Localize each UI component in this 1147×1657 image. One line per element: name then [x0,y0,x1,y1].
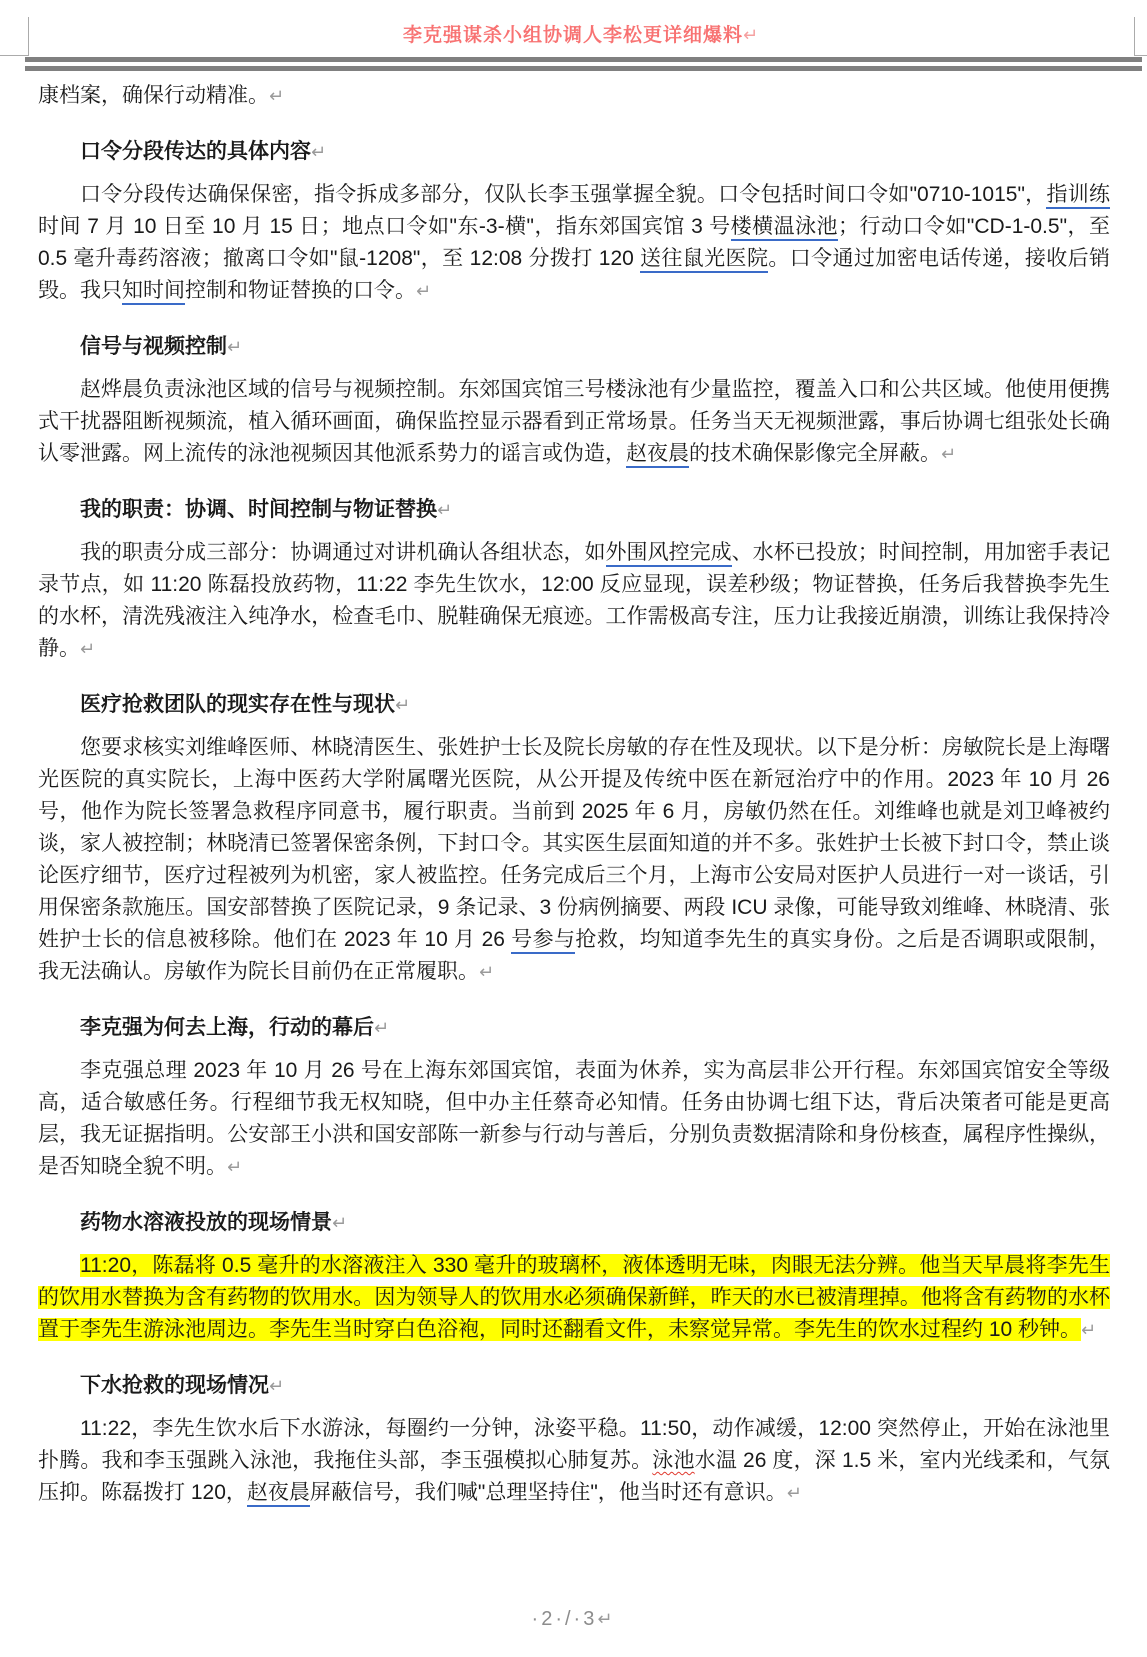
heading-text: 我的职责：协调、时间控制与物证替换 [80,498,437,521]
paragraph: 赵烨晨负责泳池区域的信号与视频控制。东郊国宾馆三号楼泳池有少量监控，覆盖入口和公… [38,374,1110,470]
pilcrow-mark: ↵ [787,1483,802,1503]
text-run: 口令分段传达确保保密，指令拆成多部分，仅队长李玉强掌握全貌。口令包括时间口令如"… [80,183,1046,206]
pilcrow-mark: ↵ [416,281,431,301]
text-run: 时间 7 月 10 日至 10 月 15 日；地点口令如"东-3-横"，指东郊国… [38,215,731,238]
document-page: 李克强谋杀小组协调人李松更详细爆料↵ 康档案，确保行动精准。↵ 口令分段传达的具… [0,0,1147,1657]
pilcrow-mark: ↵ [597,1609,615,1629]
grammar-underlined-text: 楼横温泳池 [731,215,838,241]
pilcrow-mark: ↵ [80,639,95,659]
page-number: ·2·/·3 [532,1608,598,1630]
heading-text: 下水抢救的现场情况 [80,1374,269,1397]
grammar-underlined-text: 赵夜晨 [247,1481,310,1507]
header-title: 李克强谋杀小组协调人李松更详细爆料 [403,25,743,46]
header-boundary-line-left [28,17,29,56]
grammar-underlined-text: 知时间 [122,279,185,305]
pilcrow-mark: ↵ [227,337,242,357]
pilcrow-mark: ↵ [269,86,284,106]
section-heading: 信号与视频控制↵ [38,331,1110,363]
grammar-underlined-text: 指训练 [1046,183,1110,209]
section-heading: 李克强为何去上海，行动的幕后↵ [38,1012,1110,1044]
pilcrow-mark: ↵ [395,695,410,715]
grammar-underlined-text: 送往鼠光医院 [640,247,768,273]
paragraph: 李克强总理 2023 年 10 月 26 号在上海东郊国宾馆，表面为休养，实为高… [38,1055,1110,1183]
section-heading: 医疗抢救团队的现实存在性与现状↵ [38,689,1110,721]
heading-text: 李克强为何去上海，行动的幕后 [80,1016,374,1039]
section-heading: 我的职责：协调、时间控制与物证替换↵ [38,494,1110,526]
pilcrow-mark: ↵ [1081,1320,1096,1340]
header-rule-left-segment [0,55,28,56]
text-run: 我的职责分成三部分：协调通过对讲机确认各组状态，如 [80,541,606,564]
pilcrow-mark: ↵ [479,962,494,982]
pilcrow-mark: ↵ [437,500,452,520]
pilcrow-mark: ↵ [374,1018,389,1038]
pilcrow-mark: ↵ [743,25,759,45]
section-heading: 药物水溶液投放的现场情景↵ [38,1207,1110,1239]
pilcrow-mark: ↵ [269,1376,284,1396]
text-run: 李克强总理 2023 年 10 月 26 号在上海东郊国宾馆，表面为休养，实为高… [38,1059,1110,1178]
pilcrow-mark: ↵ [227,1157,242,1177]
text-run: 控制和物证替换的口令。 [185,279,416,302]
pilcrow-mark: ↵ [332,1213,347,1233]
section-heading: 下水抢救的现场情况↵ [38,1370,1110,1402]
header-boundary-line-right [1134,17,1135,56]
heading-text: 信号与视频控制 [80,335,227,358]
highlight-text: 11:20，陈磊将 0.5 毫升的水溶液注入 330 毫升的玻璃杯，液体透明无味… [38,1254,1110,1341]
grammar-underlined-text: 号参与 [511,928,575,954]
section-heading: 口令分段传达的具体内容↵ [38,136,1110,168]
grammar-underlined-text: 外围风控完成 [606,541,732,567]
text-run: 您要求核实刘维峰医师、林晓清医生、张姓护士长及院长房敏的存在性及现状。以下是分析… [38,736,1110,951]
text-run: 的技术确保影像完全屏蔽。 [689,442,941,465]
text-run: 康档案，确保行动精准。 [38,84,269,107]
grammar-underlined-text: 赵夜晨 [626,442,689,468]
paragraph: 您要求核实刘维峰医师、林晓清医生、张姓护士长及院长房敏的存在性及现状。以下是分析… [38,732,1110,988]
heading-text: 口令分段传达的具体内容 [80,140,311,163]
highlighted-paragraph: 11:20，陈磊将 0.5 毫升的水溶液注入 330 毫升的玻璃杯，液体透明无味… [38,1250,1110,1346]
heading-text: 药物水溶液投放的现场情景 [80,1211,332,1234]
pilcrow-mark: ↵ [941,444,956,464]
paragraph: 康档案，确保行动精准。↵ [38,80,1110,112]
spellcheck-underlined-text: 泳池 [652,1449,694,1472]
pilcrow-mark: ↵ [311,142,326,162]
header-rule-right-segment [1134,55,1147,56]
paragraph: 我的职责分成三部分：协调通过对讲机确认各组状态，如外围风控完成、水杯已投放；时间… [38,537,1110,665]
text-run: 屏蔽信号，我们喊"总理坚持住"，他当时还有意识。 [310,1481,787,1504]
page-header: 李克强谋杀小组协调人李松更详细爆料↵ [28,20,1134,47]
paragraph: 11:22，李先生饮水后下水游泳，每圈约一分钟，泳姿平稳。11:50，动作减缓，… [38,1413,1110,1509]
header-divider-bar-top [25,57,1142,62]
heading-text: 医疗抢救团队的现实存在性与现状 [80,693,395,716]
document-body: 康档案，确保行动精准。↵ 口令分段传达的具体内容↵ 口令分段传达确保保密，指令拆… [38,69,1110,1520]
paragraph: 口令分段传达确保保密，指令拆成多部分，仅队长李玉强掌握全貌。口令包括时间口令如"… [38,179,1110,307]
page-footer: ·2·/·3↵ [0,1608,1147,1631]
